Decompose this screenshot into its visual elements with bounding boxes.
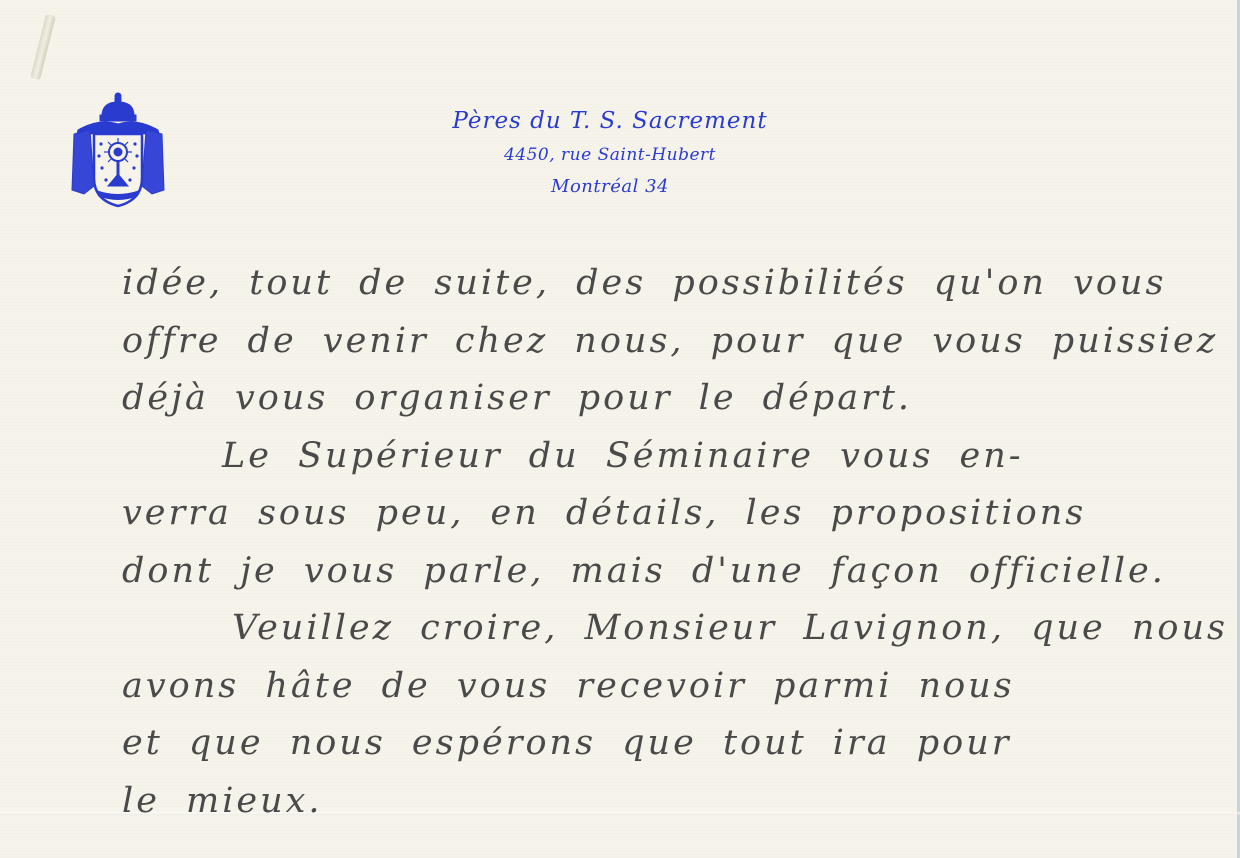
letter-line: le mieux.: [122, 773, 1232, 831]
letter-page: Pères du T. S. Sacrement 4450, rue Saint…: [0, 0, 1240, 858]
coat-of-arms-icon: [68, 90, 168, 212]
letter-line: Le Supérieur du Séminaire vous en-: [122, 428, 1232, 486]
staple-mark: [30, 14, 56, 80]
letter-line: Veuillez croire, Monsieur Lavignon, que …: [122, 600, 1232, 658]
letter-body: idée, tout de suite, des possibilités qu…: [122, 255, 1232, 830]
letter-line: dont je vous parle, mais d'une façon off…: [122, 543, 1232, 601]
letterhead-address: 4450, rue Saint-Hubert: [360, 138, 860, 172]
letterhead: Pères du T. S. Sacrement 4450, rue Saint…: [360, 104, 860, 202]
letter-line: verra sous peu, en détails, les proposit…: [122, 485, 1232, 543]
letterhead-city: Montréal 34: [360, 172, 860, 202]
letter-line: idée, tout de suite, des possibilités qu…: [122, 255, 1232, 313]
letter-line: offre de venir chez nous, pour que vous …: [122, 313, 1232, 371]
letterhead-title: Pères du T. S. Sacrement: [360, 104, 860, 138]
letter-line: déjà vous organiser pour le départ.: [122, 370, 1232, 428]
letter-line: et que nous espérons que tout ira pour: [122, 715, 1232, 773]
letter-line: avons hâte de vous recevoir parmi nous: [122, 658, 1232, 716]
